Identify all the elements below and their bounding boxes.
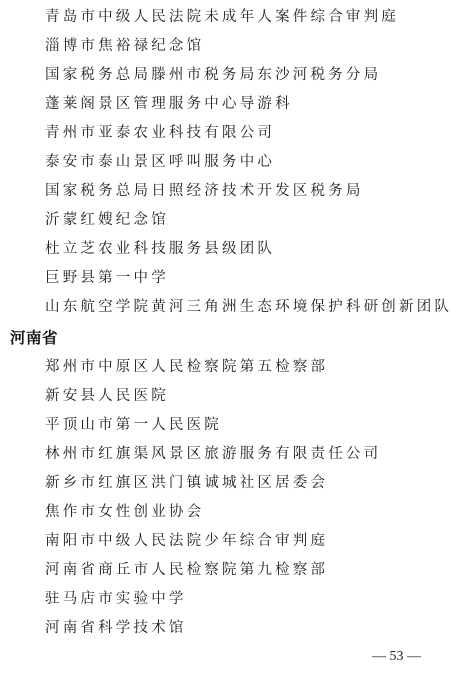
- list-item: 青岛市中级人民法院未成年人案件综合审判庭: [45, 7, 399, 27]
- list-item: 郑州市中原区人民检察院第五检察部: [45, 357, 328, 377]
- list-item: 河南省科学技术馆: [45, 618, 187, 638]
- list-item: 淄博市焦裕禄纪念馆: [45, 36, 204, 56]
- list-item: 国家税务总局日照经济技术开发区税务局: [45, 181, 364, 201]
- list-item: 蓬莱阁景区管理服务中心导游科: [45, 94, 293, 114]
- list-item: 国家税务总局滕州市税务局东沙河税务分局: [45, 65, 381, 85]
- list-item: 山东航空学院黄河三角洲生态环境保护科研创新团队: [45, 297, 452, 317]
- list-item: 青州市亚泰农业科技有限公司: [45, 123, 275, 143]
- list-item: 河南省商丘市人民检察院第九检察部: [45, 560, 328, 580]
- list-item: 新安县人民医院: [45, 386, 169, 406]
- section-heading-henan: 河南省: [10, 328, 58, 348]
- list-item: 焦作市女性创业协会: [45, 502, 204, 522]
- list-item: 林州市红旗渠风景区旅游服务有限责任公司: [45, 444, 381, 464]
- list-item: 驻马店市实验中学: [45, 589, 187, 609]
- list-item: 杜立芝农业科技服务县级团队: [45, 239, 275, 259]
- list-item: 南阳市中级人民法院少年综合审判庭: [45, 531, 328, 551]
- list-item: 新乡市红旗区洪门镇诚城社区居委会: [45, 473, 328, 493]
- list-item: 泰安市泰山景区呼叫服务中心: [45, 152, 275, 172]
- page-number: — 53 —: [372, 648, 421, 666]
- list-item: 平顶山市第一人民医院: [45, 415, 222, 435]
- list-item: 巨野县第一中学: [45, 268, 169, 288]
- list-item: 沂蒙红嫂纪念馆: [45, 210, 169, 230]
- document-page: 青岛市中级人民法院未成年人案件综合审判庭 淄博市焦裕禄纪念馆 国家税务总局滕州市…: [0, 0, 452, 700]
